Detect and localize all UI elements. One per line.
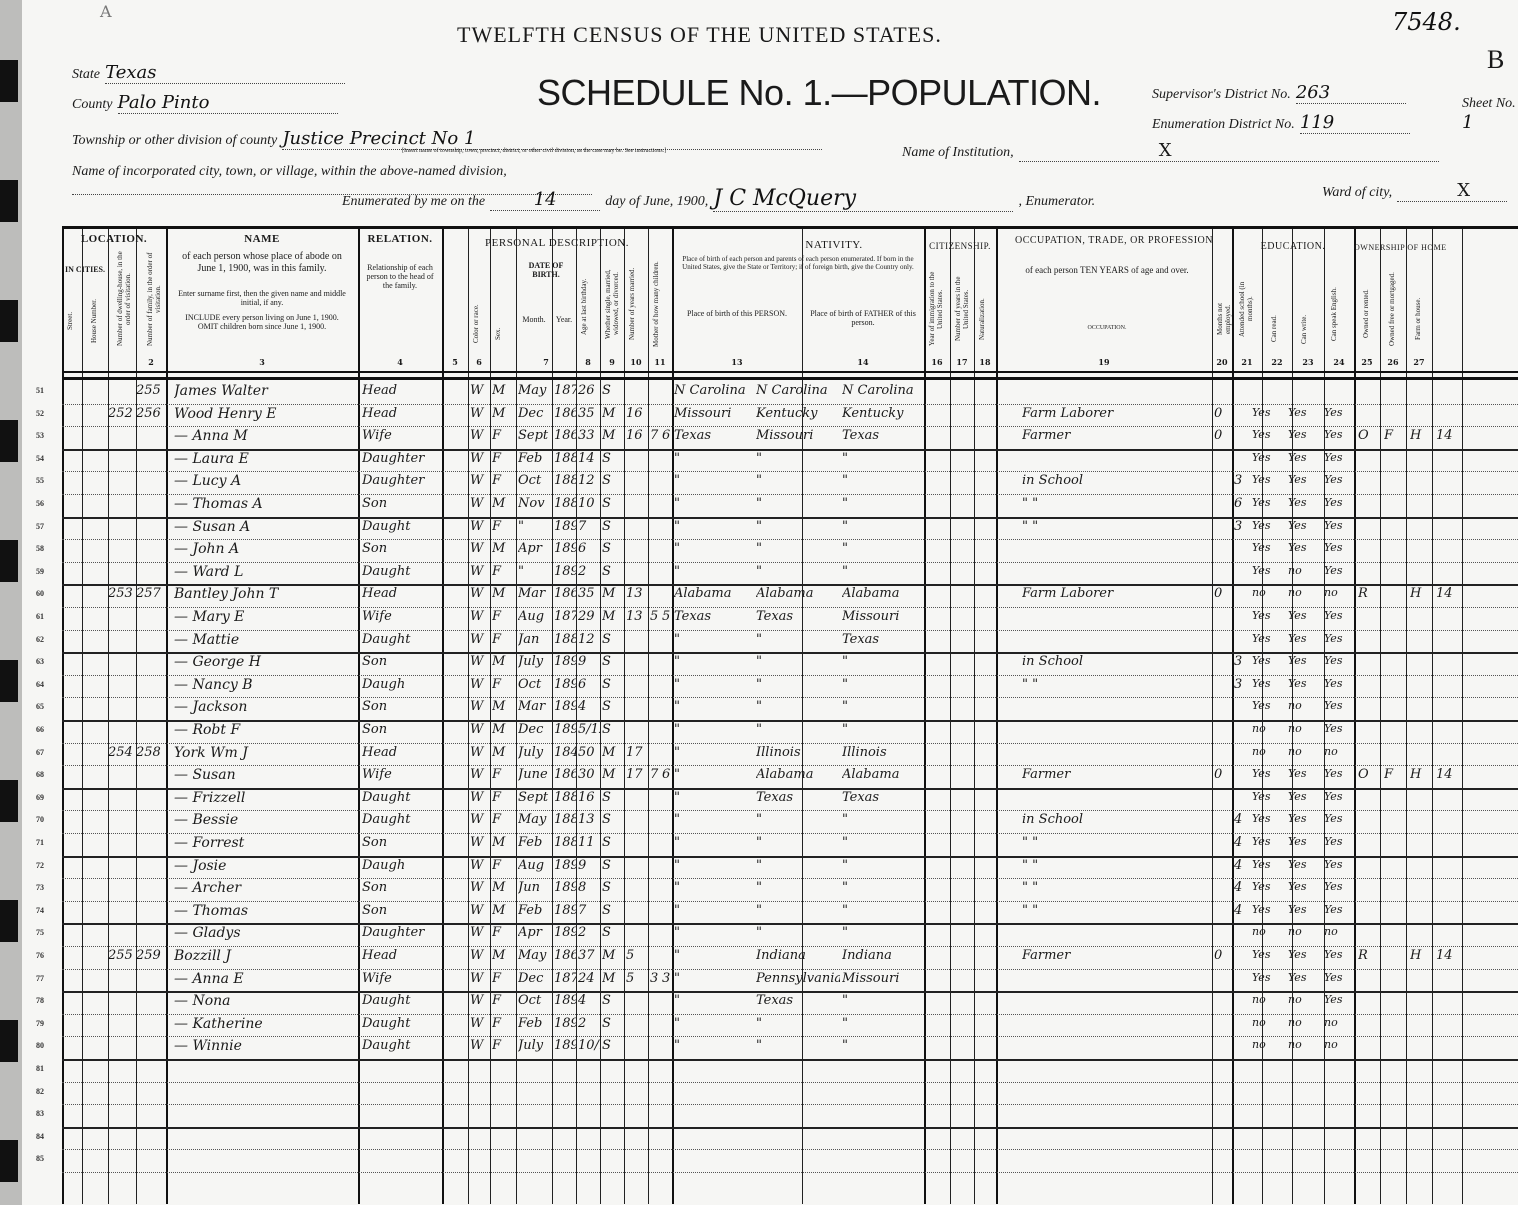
stamp-number: 7548.: [1392, 8, 1461, 36]
cell-sex: F: [492, 1016, 514, 1031]
cell-sex: F: [492, 473, 514, 488]
cell-name: — Anna M: [174, 428, 358, 444]
cell-month: Oct: [518, 473, 552, 488]
line-number: 76: [36, 951, 44, 960]
cell-marital: S: [602, 1038, 624, 1053]
cell-name: — Bessie: [174, 812, 358, 828]
township-value: Justice Precinct No 1: [282, 128, 822, 150]
cell-pob: ": [674, 790, 754, 805]
cell-write: Yes: [1288, 609, 1322, 622]
cell-sex: F: [492, 925, 514, 940]
microfilm-edge: [0, 0, 22, 1205]
cell-age: 24: [578, 971, 600, 986]
cell-name: — Josie: [174, 858, 358, 874]
cell-color: W: [470, 835, 490, 850]
cell-year: 1890: [554, 654, 576, 669]
cell-name: — Mary E: [174, 609, 358, 625]
cell-occupation: " ": [1022, 858, 1212, 873]
cell-pob-father: ": [756, 1016, 840, 1031]
cell-relation: Daughter: [362, 451, 442, 466]
cell-marital: M: [602, 428, 624, 443]
cell-write: Yes: [1288, 948, 1322, 961]
cell-sex: F: [492, 428, 514, 443]
cell-year: 1894: [554, 541, 576, 556]
table-row: 77— Anna EWifeWFDec187524M533"Pennsylvan…: [62, 969, 1518, 994]
cell-write: no: [1288, 722, 1322, 735]
cell-color: W: [470, 586, 490, 601]
cell-name: — Ward L: [174, 564, 358, 580]
cell-age: 12: [578, 632, 600, 647]
cell-marital: S: [602, 564, 624, 579]
cell-month: Sept: [518, 790, 552, 805]
line-number: 84: [36, 1132, 44, 1141]
cell-sex: M: [492, 745, 514, 760]
cell-name: — John A: [174, 541, 358, 557]
cell-marital: M: [602, 745, 624, 760]
cell-occupation: in School: [1022, 812, 1212, 827]
table-row: 73— ArcherSonWMJun18928S"""" "4YesYesYes: [62, 878, 1518, 902]
cell-relation: Wife: [362, 609, 442, 624]
cell-pob-mother: Kentucky: [842, 406, 924, 421]
cell-year: 1898: [554, 1016, 576, 1031]
cell-age: 9: [578, 858, 600, 873]
cell-occupation: in School: [1022, 473, 1212, 488]
cell-year: 1870: [554, 609, 576, 624]
line-number: 77: [36, 974, 44, 983]
township-note: [Insert name of township, town, precinct…: [402, 148, 666, 154]
table-row: 79— KatherineDaughtWFFeb18982S"""nonono: [62, 1014, 1518, 1038]
cell-year: 1875: [554, 971, 576, 986]
cell-pob: ": [674, 451, 754, 466]
cell-write: no: [1288, 925, 1322, 938]
cell-relation: Son: [362, 654, 442, 669]
cell-marital: S: [602, 632, 624, 647]
line-number: 56: [36, 499, 44, 508]
cell-pob: ": [674, 496, 754, 511]
cell-relation: Daught: [362, 1038, 442, 1053]
cell-owned: R: [1358, 586, 1380, 601]
in-cities-header: IN CITIES.: [62, 265, 108, 274]
table-row: 76255259Bozzill JHeadWMMay186337M5"India…: [62, 946, 1518, 970]
cell-marital: S: [602, 519, 624, 534]
cell-age: 2: [578, 1016, 600, 1031]
cell-age: 6: [578, 677, 600, 692]
cell-yrs-married: 17: [626, 767, 648, 782]
cell-sex: F: [492, 609, 514, 624]
cell-relation: Wife: [362, 767, 442, 782]
cell-yrs-married: 17: [626, 745, 648, 760]
cell-year: 1892: [554, 880, 576, 895]
cell-living: 3: [662, 971, 672, 986]
cell-sex: M: [492, 903, 514, 918]
cell-month: Mar: [518, 586, 552, 601]
cell-english: Yes: [1324, 496, 1354, 509]
cell-pob-father: ": [756, 925, 840, 940]
cell-dwelling: 254: [108, 745, 136, 760]
cell-english: Yes: [1324, 971, 1354, 984]
county-field: County Palo Pinto: [72, 92, 362, 114]
cell-occupation: in School: [1022, 654, 1212, 669]
cell-marital: S: [602, 858, 624, 873]
film-perforation: [0, 900, 18, 942]
table-row: 80— WinnieDaughtWFJuly189910/12S"""nonon…: [62, 1036, 1518, 1061]
cell-name: — Archer: [174, 880, 358, 896]
table-row: 65— JacksonSonWMMar18964S"""YesnoYes: [62, 697, 1518, 722]
cell-read: Yes: [1252, 677, 1288, 690]
cell-pob: Texas: [674, 609, 754, 624]
cell-month: July: [518, 745, 552, 760]
table-row: 57— Susan ADaughtWF"18927S"""" "3YesYesY…: [62, 517, 1518, 541]
cell-year: 1895: [554, 993, 576, 1008]
cell-english: Yes: [1324, 406, 1354, 419]
cell-english: Yes: [1324, 428, 1354, 441]
cell-pob-mother: ": [842, 835, 924, 850]
cell-english: Yes: [1324, 541, 1354, 554]
cell-month: Dec: [518, 971, 552, 986]
cell-color: W: [470, 677, 490, 692]
cell-pob-father: ": [756, 699, 840, 714]
line-number: 75: [36, 928, 44, 937]
cell-month: Feb: [518, 835, 552, 850]
cell-year: 1883: [554, 790, 576, 805]
supervisor-district: Supervisor's District No. 263: [1152, 82, 1406, 104]
cell-year: 1888: [554, 632, 576, 647]
cell-marital: S: [602, 722, 624, 737]
cell-pob: Alabama: [674, 586, 754, 601]
table-row: 72— JosieDaughWFAug18909S"""" "4YesYesYe…: [62, 856, 1518, 880]
cell-write: Yes: [1288, 812, 1322, 825]
cell-write: Yes: [1288, 632, 1322, 645]
cell-pob-mother: ": [842, 677, 924, 692]
table-row: 60253257Bantley John THeadWMMar186535M13…: [62, 584, 1518, 608]
cell-read: Yes: [1252, 519, 1288, 532]
cell-age: 29: [578, 609, 600, 624]
cell-occupation: Farmer: [1022, 948, 1212, 963]
institution-field: Name of Institution, X: [902, 140, 1439, 162]
cell-marital: M: [602, 586, 624, 601]
schedule-title: SCHEDULE No. 1.—POPULATION.: [537, 72, 1101, 114]
table-row: 66— Robt FSonWMDec18995/12S"""nonoYes: [62, 720, 1518, 744]
cell-color: W: [470, 948, 490, 963]
cell-english: Yes: [1324, 903, 1354, 916]
cell-name: — Susan: [174, 767, 358, 783]
cell-english: no: [1324, 586, 1354, 599]
cell-sex: F: [492, 971, 514, 986]
line-number: 58: [36, 544, 44, 553]
cell-sex: F: [492, 767, 514, 782]
cell-unemployed: 0: [1214, 767, 1232, 782]
citizenship-header: CITIZENSHIP.: [924, 241, 996, 251]
cell-relation: Head: [362, 406, 442, 421]
cell-pob-mother: ": [842, 903, 924, 918]
cell-read: Yes: [1252, 632, 1288, 645]
cell-family: 256: [136, 406, 166, 421]
cell-relation: Head: [362, 383, 442, 398]
cell-month: Sept: [518, 428, 552, 443]
cell-school: 4: [1234, 835, 1250, 850]
film-perforation: [0, 1020, 18, 1062]
table-row: 59— Ward LDaughtWF"18982S"""YesnoYes: [62, 562, 1518, 587]
line-number: 53: [36, 431, 44, 440]
cell-name: — Gladys: [174, 925, 358, 941]
cell-living: 6: [662, 767, 672, 782]
cell-name: — Susan A: [174, 519, 358, 535]
cell-month: ": [518, 564, 552, 579]
cell-relation: Daughter: [362, 925, 442, 940]
line-number: 73: [36, 883, 44, 892]
cell-family: 257: [136, 586, 166, 601]
cell-english: Yes: [1324, 564, 1354, 577]
cell-age: 5/12: [578, 722, 600, 737]
cell-yrs-married: 13: [626, 609, 648, 624]
cell-name: — Thomas: [174, 903, 358, 919]
cell-pob-mother: ": [842, 880, 924, 895]
cell-english: no: [1324, 1016, 1354, 1029]
cell-year: 1890: [554, 858, 576, 873]
cell-month: ": [518, 519, 552, 534]
state-value: Texas: [105, 62, 345, 84]
table-row: 82: [62, 1082, 1518, 1106]
cell-pob: ": [674, 722, 754, 737]
cell-pob-mother: Missouri: [842, 971, 924, 986]
cell-write: Yes: [1288, 428, 1322, 441]
cell-marital: M: [602, 948, 624, 963]
cell-year: 1898: [554, 564, 576, 579]
cell-age: 2: [578, 925, 600, 940]
cell-school: 4: [1234, 903, 1250, 918]
cell-age: 13: [578, 812, 600, 827]
cell-year: 1896: [554, 699, 576, 714]
cell-sex: F: [492, 519, 514, 534]
line-number: 51: [36, 386, 44, 395]
cell-sex: F: [492, 632, 514, 647]
cell-age: 7: [578, 519, 600, 534]
cell-year: 1865: [554, 586, 576, 601]
line-number: 70: [36, 815, 44, 824]
cell-color: W: [470, 790, 490, 805]
cell-relation: Son: [362, 722, 442, 737]
cell-pob: ": [674, 880, 754, 895]
cell-color: W: [470, 564, 490, 579]
table-row: 68— SusanWifeWFJune186930M1776"AlabamaAl…: [62, 765, 1518, 790]
cell-read: no: [1252, 993, 1288, 1006]
cell-write: no: [1288, 586, 1322, 599]
cell-marital: S: [602, 903, 624, 918]
cell-relation: Daught: [362, 790, 442, 805]
cell-age: 8: [578, 880, 600, 895]
cell-occupation: Farmer: [1022, 767, 1212, 782]
cell-pob-mother: ": [842, 451, 924, 466]
cell-year: 1887: [554, 812, 576, 827]
cell-owned: R: [1358, 948, 1380, 963]
cell-age: 26: [578, 383, 600, 398]
cell-month: Apr: [518, 925, 552, 940]
cell-year: 1886: [554, 451, 576, 466]
cell-month: Feb: [518, 451, 552, 466]
cell-pob-father: ": [756, 880, 840, 895]
cell-pob: ": [674, 677, 754, 692]
cell-english: Yes: [1324, 858, 1354, 871]
cell-pob-father: ": [756, 722, 840, 737]
cell-pob: ": [674, 903, 754, 918]
cell-color: W: [470, 541, 490, 556]
cell-pob-mother: ": [842, 699, 924, 714]
cell-color: W: [470, 473, 490, 488]
cell-sex: F: [492, 858, 514, 873]
cell-marital: S: [602, 699, 624, 714]
cell-unemployed: 0: [1214, 948, 1232, 963]
cell-name: — Forrest: [174, 835, 358, 851]
line-number: 67: [36, 748, 44, 757]
cell-dwelling: 255: [108, 948, 136, 963]
population-table: LOCATION. IN CITIES. Street. House Numbe…: [62, 226, 1518, 1204]
cell-marital: M: [602, 609, 624, 624]
cell-relation: Son: [362, 496, 442, 511]
cell-pob-mother: Texas: [842, 428, 924, 443]
cell-color: W: [470, 812, 490, 827]
table-row: 56— Thomas ASonWMNov188910S"""" "6YesYes…: [62, 494, 1518, 519]
enumeration-line: Enumerated by me on the 14 day of June, …: [342, 186, 1302, 212]
cell-pob: ": [674, 632, 754, 647]
cell-pob-mother: Illinois: [842, 745, 924, 760]
cell-pob: ": [674, 835, 754, 850]
cell-pob: ": [674, 473, 754, 488]
table-row: 58— John ASonWMApr18946S"""YesYesYes: [62, 539, 1518, 563]
cell-english: no: [1324, 925, 1354, 938]
cell-english: Yes: [1324, 677, 1354, 690]
cell-name: — Katherine: [174, 1016, 358, 1032]
cell-year: 1893: [554, 677, 576, 692]
cell-english: Yes: [1324, 699, 1354, 712]
film-perforation: [0, 780, 18, 822]
cell-occupation: " ": [1022, 677, 1212, 692]
cell-read: Yes: [1252, 609, 1288, 622]
cell-write: Yes: [1288, 971, 1322, 984]
table-row: 71— ForrestSonWMFeb188911S"""" "4YesYesY…: [62, 833, 1518, 858]
line-number: 68: [36, 770, 44, 779]
cell-occupation: " ": [1022, 519, 1212, 534]
cell-color: W: [470, 383, 490, 398]
cell-month: Dec: [518, 406, 552, 421]
cell-sex: M: [492, 496, 514, 511]
cell-farm: H: [1410, 586, 1432, 601]
cell-name: — Lucy A: [174, 473, 358, 489]
table-row: 55— Lucy ADaughterWFOct188712S"""in Scho…: [62, 471, 1518, 495]
cell-sched: 14: [1436, 948, 1462, 963]
cell-pob-father: ": [756, 654, 840, 669]
film-perforation: [0, 300, 18, 342]
cell-relation: Daught: [362, 812, 442, 827]
cell-month: June: [518, 767, 552, 782]
cell-family: 258: [136, 745, 166, 760]
cell-pob-mother: ": [842, 1016, 924, 1031]
cell-english: Yes: [1324, 451, 1354, 464]
cell-pob-father: Illinois: [756, 745, 840, 760]
cell-year: 1898: [554, 925, 576, 940]
cell-school: 3: [1234, 654, 1250, 669]
cell-marital: S: [602, 925, 624, 940]
cell-english: Yes: [1324, 812, 1354, 825]
cell-marital: S: [602, 812, 624, 827]
cell-color: W: [470, 1038, 490, 1053]
cell-age: 4: [578, 699, 600, 714]
line-number: 78: [36, 996, 44, 1005]
cell-age: 30: [578, 767, 600, 782]
cell-marital: M: [602, 971, 624, 986]
cell-school: 3: [1234, 519, 1250, 534]
cell-read: Yes: [1252, 428, 1288, 441]
cell-free: F: [1384, 428, 1406, 443]
cell-color: W: [470, 428, 490, 443]
cell-read: Yes: [1252, 406, 1288, 419]
cell-relation: Daught: [362, 519, 442, 534]
cell-pob: Missouri: [674, 406, 754, 421]
cell-read: Yes: [1252, 790, 1288, 803]
cell-pob-mother: ": [842, 564, 924, 579]
cell-write: no: [1288, 993, 1322, 1006]
cell-english: Yes: [1324, 835, 1354, 848]
cell-write: Yes: [1288, 790, 1322, 803]
line-number: 66: [36, 725, 44, 734]
cell-sex: M: [492, 406, 514, 421]
cell-name: — George H: [174, 654, 358, 670]
cell-sex: M: [492, 722, 514, 737]
table-row: 78— NonaDaughtWFOct18954S"Texas"nonoYes: [62, 991, 1518, 1015]
line-number: 54: [36, 454, 44, 463]
cell-pob-father: ": [756, 496, 840, 511]
cell-english: no: [1324, 1038, 1354, 1051]
line-number: 72: [36, 861, 44, 870]
cell-read: no: [1252, 1016, 1288, 1029]
cell-age: 4: [578, 993, 600, 1008]
cell-write: Yes: [1288, 541, 1322, 554]
cell-name: — Mattie: [174, 632, 358, 648]
cell-pob-mother: Alabama: [842, 767, 924, 782]
cell-english: Yes: [1324, 632, 1354, 645]
line-number: 69: [36, 793, 44, 802]
cell-read: no: [1252, 745, 1288, 758]
table-row: 53— Anna MWifeWFSept186633M1676TexasMiss…: [62, 426, 1518, 451]
cell-color: W: [470, 767, 490, 782]
cell-write: no: [1288, 1038, 1322, 1051]
cell-pob-mother: ": [842, 541, 924, 556]
cell-school: 4: [1234, 880, 1250, 895]
occupation-header: OCCUPATION, TRADE, OR PROFESSION: [996, 235, 1232, 247]
cell-pob-mother: Indiana: [842, 948, 924, 963]
cell-year: 1889: [554, 496, 576, 511]
cell-marital: M: [602, 767, 624, 782]
cell-pob: ": [674, 1038, 754, 1053]
film-perforation: [0, 1140, 18, 1182]
cell-pob-father: Alabama: [756, 586, 840, 601]
cell-pob-father: ": [756, 903, 840, 918]
cell-yrs-married: 16: [626, 406, 648, 421]
line-number: 57: [36, 522, 44, 531]
cell-name: Bantley John T: [174, 586, 358, 602]
cell-marital: S: [602, 677, 624, 692]
cell-name: Wood Henry E: [174, 406, 358, 422]
cell-name: — Nona: [174, 993, 358, 1009]
cell-month: Aug: [518, 858, 552, 873]
cell-age: 10: [578, 496, 600, 511]
cell-year: 1866: [554, 428, 576, 443]
cell-month: Dec: [518, 722, 552, 737]
cell-color: W: [470, 925, 490, 940]
cell-year: 1849: [554, 745, 576, 760]
cell-read: Yes: [1252, 564, 1288, 577]
cell-year: 1873: [554, 383, 576, 398]
film-perforation: [0, 180, 18, 222]
